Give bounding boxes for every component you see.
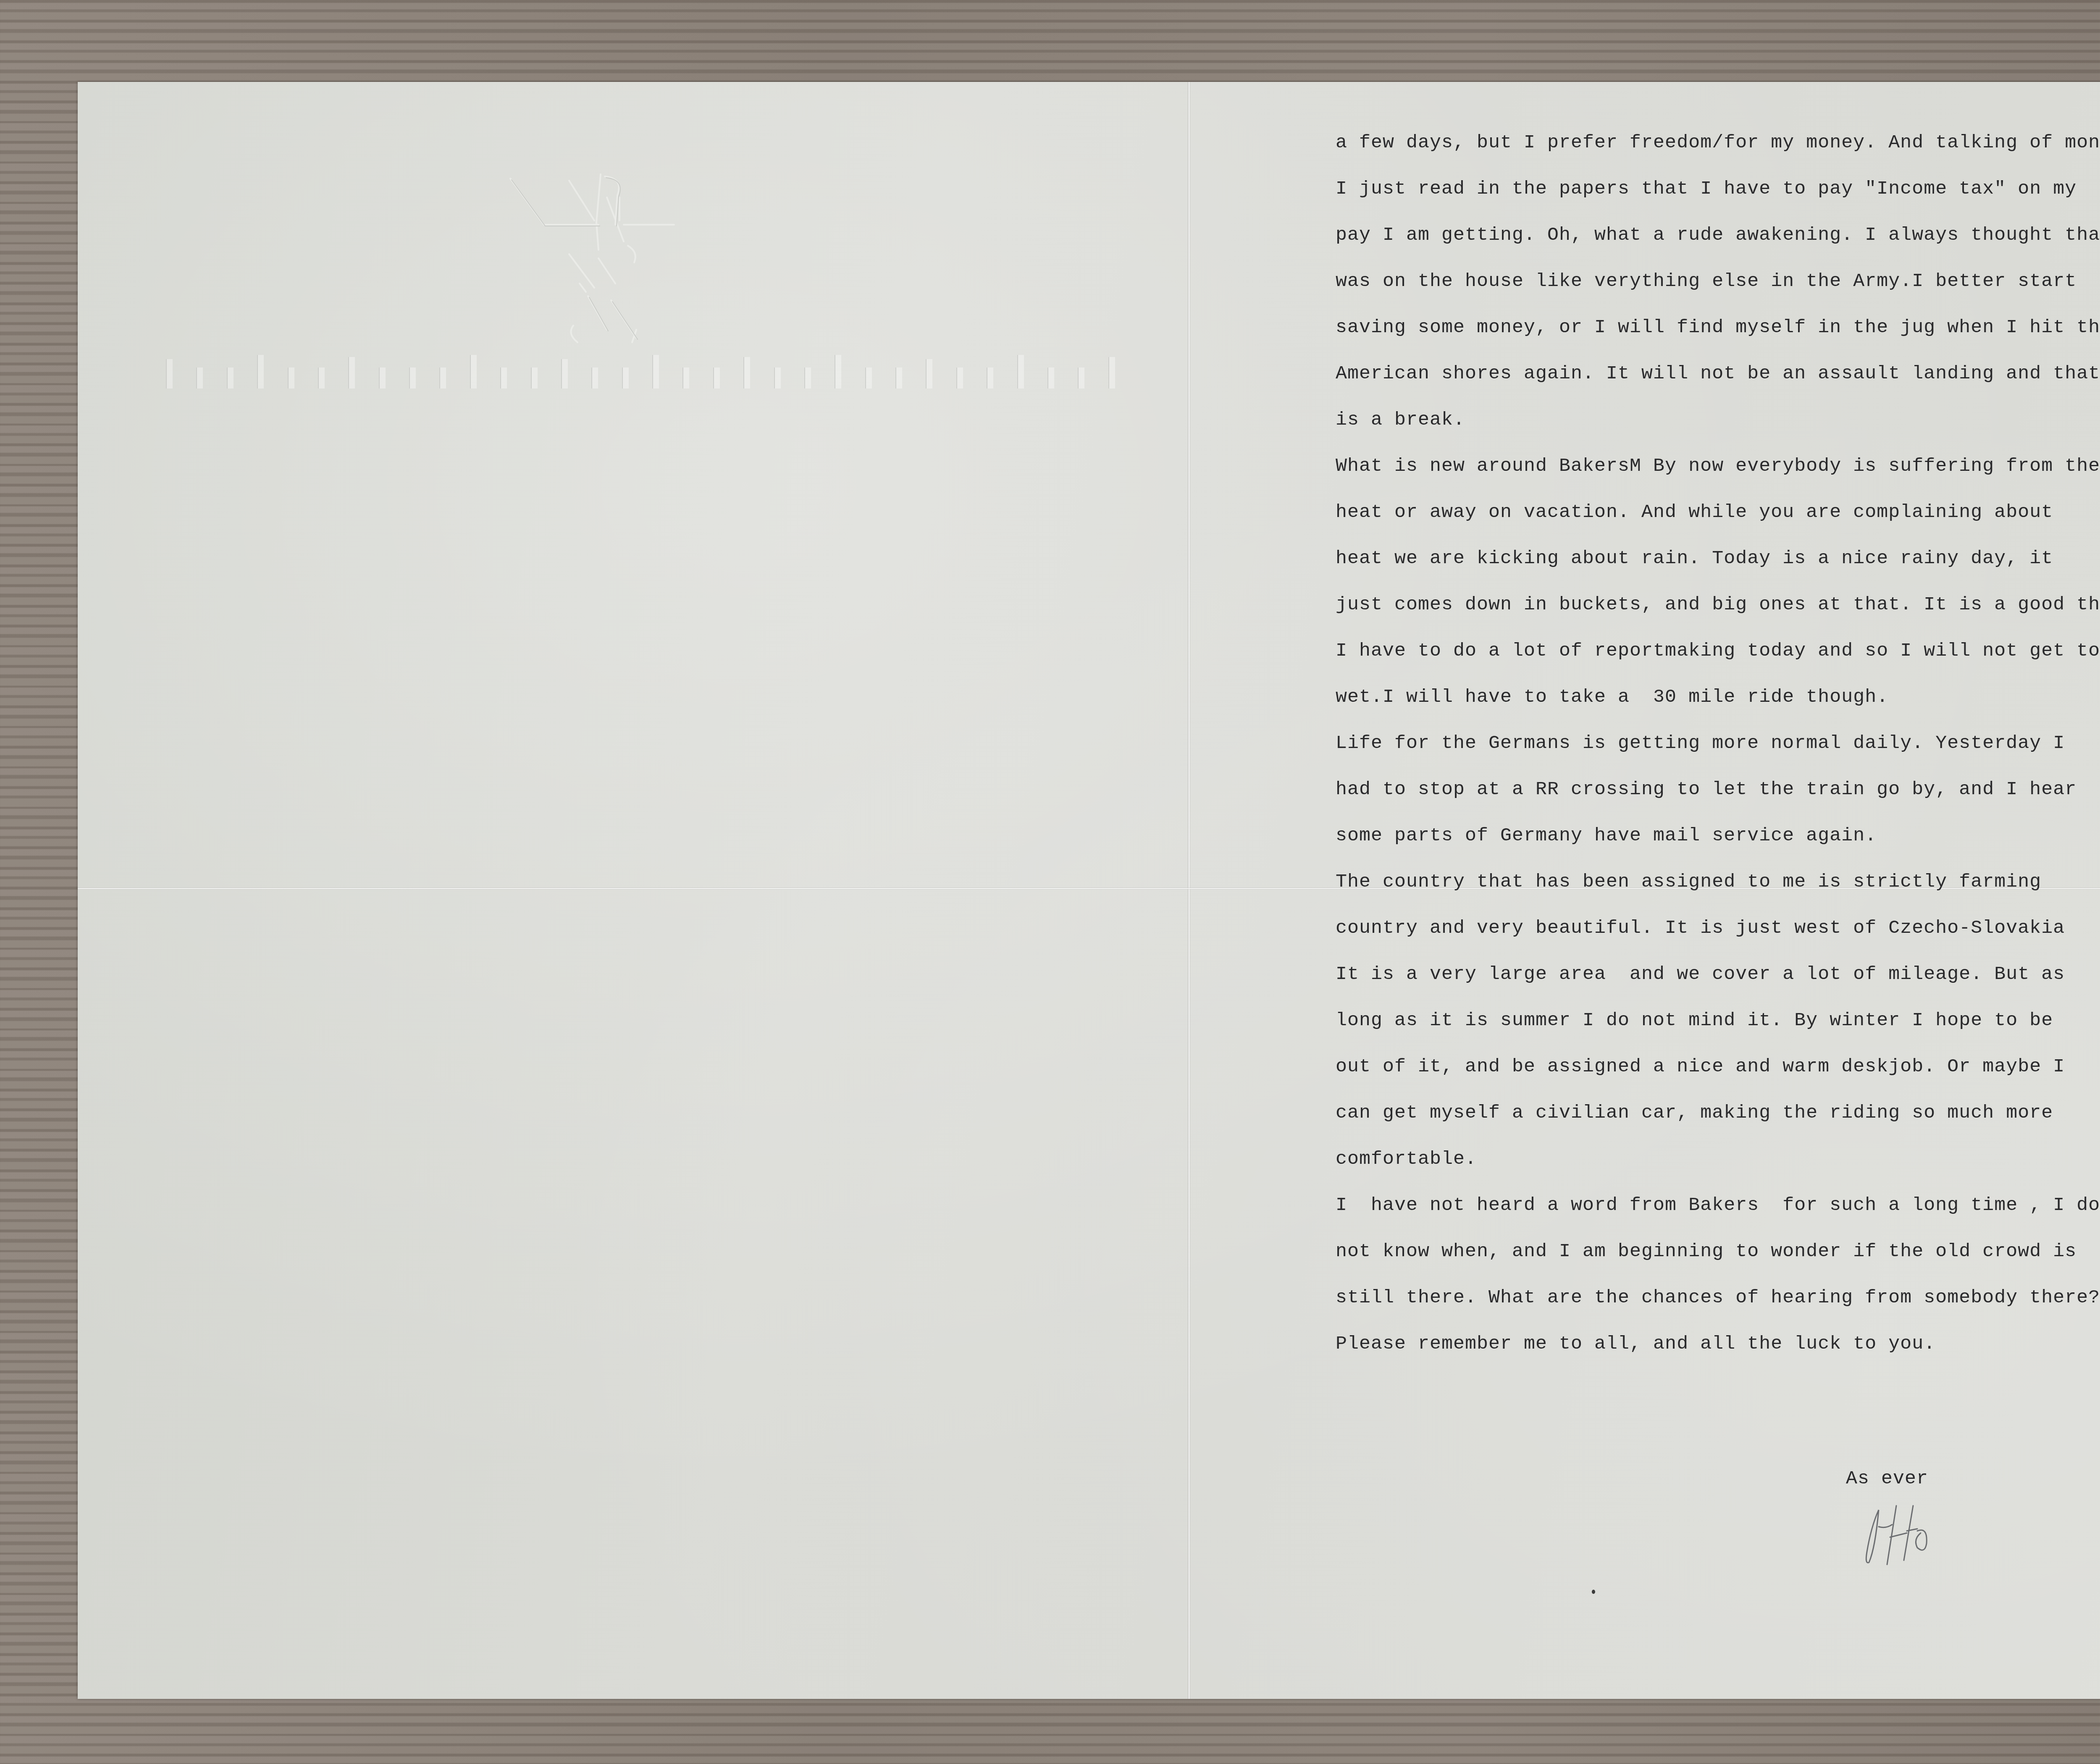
body-line: long as it is summer I do not mind it. B… xyxy=(1336,997,2100,1044)
body-line: comfortable. xyxy=(1336,1136,2100,1182)
body-line: some parts of Germany have mail service … xyxy=(1336,813,2100,859)
letter-body: a few days, but I prefer freedom/for my … xyxy=(1336,120,2100,1367)
body-line: saving some money, or I will find myself… xyxy=(1336,304,2100,351)
body-line: I just read in the papers that I have to… xyxy=(1336,166,2100,212)
handwritten-signature xyxy=(1854,1501,1951,1573)
embossed-letterhead-text xyxy=(166,351,1115,388)
body-line: wet.I will have to take a 30 mile ride t… xyxy=(1336,674,2100,720)
body-line: What is new around BakersM By now everyb… xyxy=(1336,443,2100,489)
eagle-emblem-icon xyxy=(498,162,682,351)
body-line: Please remember me to all, and all the l… xyxy=(1336,1321,2100,1367)
ink-speck xyxy=(1592,1590,1595,1594)
body-line: pay I am getting. Oh, what a rude awaken… xyxy=(1336,212,2100,258)
body-line: I have to do a lot of reportmaking today… xyxy=(1336,628,2100,674)
body-line: heat or away on vacation. And while you … xyxy=(1336,489,2100,535)
body-line: Life for the Germans is getting more nor… xyxy=(1336,720,2100,766)
body-line: had to stop at a RR crossing to let the … xyxy=(1336,766,2100,813)
body-line: It is a very large area and we cover a l… xyxy=(1336,951,2100,997)
body-line: is a break. xyxy=(1336,397,2100,443)
body-line: can get myself a civilian car, making th… xyxy=(1336,1090,2100,1136)
body-line: The country that has been assigned to me… xyxy=(1336,859,2100,905)
body-line: was on the house like verything else in … xyxy=(1336,258,2100,304)
body-line: not know when, and I am beginning to won… xyxy=(1336,1228,2100,1275)
body-line: a few days, but I prefer freedom/for my … xyxy=(1336,120,2100,166)
body-line: country and very beautiful. It is just w… xyxy=(1336,905,2100,951)
body-line: I have not heard a word from Bakers for … xyxy=(1336,1182,2100,1228)
letter-sheet: a few days, but I prefer freedom/for my … xyxy=(78,82,2100,1699)
body-line: still there. What are the chances of hea… xyxy=(1336,1275,2100,1321)
body-line: heat we are kicking about rain. Today is… xyxy=(1336,535,2100,582)
vertical-fold-crease xyxy=(1188,82,1190,1699)
letter-closing: As ever xyxy=(1846,1468,1928,1489)
body-line: American shores again. It will not be an… xyxy=(1336,351,2100,397)
body-line: just comes down in buckets, and big ones… xyxy=(1336,582,2100,628)
body-line: out of it, and be assigned a nice and wa… xyxy=(1336,1044,2100,1090)
